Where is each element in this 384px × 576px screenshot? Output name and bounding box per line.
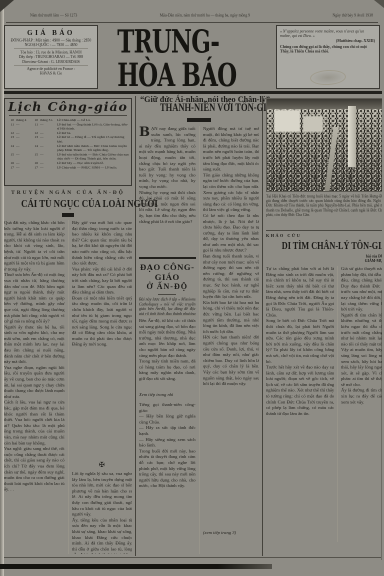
photo-balcony xyxy=(267,99,382,109)
column-left: Lịch Công-giáo 10tháng 410tháng 3 t.Lễ C… xyxy=(2,96,135,556)
article-text: Lời ấy nghĩa lý sâu xa, vua nghe lấy làm… xyxy=(72,471,133,554)
india-section-subtitle: Ở ẤN-ĐỘ xyxy=(139,282,196,292)
bottom-rule xyxy=(2,557,382,558)
calendar-row: 17—17—Lễ Chúa-nhật — PHỤC SINH — Lễ buộc… xyxy=(7,165,129,169)
masthead-center: TRUNG-HÒA BÁO “Giữ đức Ái-nhân, nói theo… xyxy=(98,25,276,89)
gallica-watermark: Source gallica.bnf.fr / Bibliothèque nat… xyxy=(303,572,381,576)
newspaper-title: TRUNG-HÒA BÁO xyxy=(117,25,256,92)
photo-aisle xyxy=(325,127,339,191)
quote-french: « N’appelez personne votre maître, vous … xyxy=(280,29,376,38)
essay-kicker: KHẢO CỨU xyxy=(266,233,382,239)
subscription-title: GIÁ BÁO xyxy=(7,29,95,37)
section-rule xyxy=(266,230,382,231)
article-text: Tiếng gọi thanh-niên công-giáo: — Hãy bề… xyxy=(139,402,196,489)
assembly-hall-photo xyxy=(266,98,382,192)
newspaper-page: Năm thứ mười lăm — Số 1273 Mậu-Dần niên,… xyxy=(0,0,384,576)
article-text: Tự ta chẳng phải bàn với ai hết là Đấng … xyxy=(266,266,334,417)
headline-ornament xyxy=(62,213,74,217)
calendar-row: 15—15—Lễ thứ sáu tuần thánh — Đức Chúa G… xyxy=(7,152,129,161)
india-section-title: ĐẠO CÔNG-GIÁO xyxy=(139,262,196,282)
scan-bar-artifact xyxy=(0,564,272,569)
continuation-note: Xem tiếp trang nhì xyxy=(139,392,196,398)
photo-pillar xyxy=(348,106,356,167)
scripture-quote-box: « N’appelez personne votre maître, vous … xyxy=(276,25,380,89)
calendar-title: Lịch Công-giáo xyxy=(7,100,129,114)
story-headline: CÁI TÙ NGỤC CỦA LOÀI NGƯỜI xyxy=(4,198,132,211)
cross-ornament-icon: ✠ xyxy=(72,461,133,470)
article-text: BẠN nay đang giữa tuổi xuân xanh, lúc cư… xyxy=(139,126,196,225)
library-stamp-icon xyxy=(310,69,347,86)
quote-source: (Matthieu chap. XXIII) xyxy=(280,39,375,44)
drop-cap: B xyxy=(139,126,151,138)
article-text: Người đồng mà trí tuệ mê muội, thì không… xyxy=(203,126,260,387)
essay-headline: DI TÌM CHÂN-LÝ TÔN-GIÁO xyxy=(266,240,382,253)
article-text: Bên Ấn-độ, từ khi các cố thừa sai sang g… xyxy=(139,318,196,382)
youth-headline: THANH-NIÊN VỚI TÔN-GIÁO xyxy=(139,101,259,115)
column-right: Tại Hội Khai-trí Tiến-đức trong buổi kha… xyxy=(263,96,382,556)
issue-date: Ngày thứ bảy 9 Avril 1938 xyxy=(333,13,373,18)
continuation-note: (xem tiếp trang 3) xyxy=(203,530,260,536)
column-middle: THANH-NIÊN VỚI TÔN-GIÁO BẠN nay đang giữ… xyxy=(135,96,263,556)
article-text: Giả sử giáo thuyết nào chỉ do người phàm… xyxy=(341,266,382,405)
headline-ornament xyxy=(187,118,211,122)
scan-corner-mark xyxy=(374,0,384,8)
price-line: NGOẠI-QUỐC : — 7$50 — 4$50 xyxy=(7,43,95,48)
subscription-box: GIÁ BÁO ĐÔNG-PHÁP : Một năm : 4$00 — Sáu… xyxy=(4,25,98,89)
lunar-date: Mậu-Dần niên, năm thứ mười ba — tháng ba… xyxy=(160,13,250,18)
issue-number: Năm thứ mười lăm — Số 1273 xyxy=(30,13,77,18)
calendar-row: 11—11—Lễ thứ hai — Ông thánh Lêô cả, Giá… xyxy=(7,122,129,131)
calendar-row: 14—14—Lễ thứ năm tuần thánh — Đức Chúa G… xyxy=(7,144,129,153)
essay-byline: bài của ĐỨC-CHA TÒNG GIÁM-MỤC PHÁT-DIỆM xyxy=(266,254,382,263)
page-columns: Lịch Công-giáo 10tháng 410tháng 3 t.Lễ C… xyxy=(2,96,382,556)
editor-note: Bài này lược dịch ở tập « Missions Catho… xyxy=(139,297,196,316)
article-text: Bấy giờ vua mới hỏi các quan đại thần rằ… xyxy=(72,220,133,348)
india-section: ĐẠO CÔNG-GIÁO Ở ẤN-ĐỘ Bài này lược dịch … xyxy=(139,257,196,316)
photo-caption: Tại Hội Khai-trí Tiến-đức trong buổi kha… xyxy=(266,194,382,217)
story-kicker: TRUYỆN NGẮN CỦA ẤN-ĐỘ xyxy=(4,190,132,196)
dateline: Năm thứ mười lăm — Số 1273 Mậu-Dần niên,… xyxy=(4,13,380,21)
director-line: Directeur-Gérant : G. LEBOURDAIS xyxy=(7,59,95,64)
agency-name: HAVAS & Cie xyxy=(7,71,95,76)
masthead: GIÁ BÁO ĐÔNG-PHÁP : Một năm : 4$00 — Sáu… xyxy=(4,25,380,89)
quote-vietnamese: Chúng con đừng gọi ai là thầy, chúng con… xyxy=(280,44,376,53)
photo-window xyxy=(274,110,299,132)
catholic-calendar: Lịch Công-giáo 10tháng 410tháng 3 t.Lễ C… xyxy=(4,98,132,186)
calendar-row: 13—13—Lễ thứ tư — Đồng lễ — Tối ngắm 15 … xyxy=(7,135,129,144)
article-text: Quả đất này, chẳng khác chi bốn bức tườn… xyxy=(4,220,65,492)
